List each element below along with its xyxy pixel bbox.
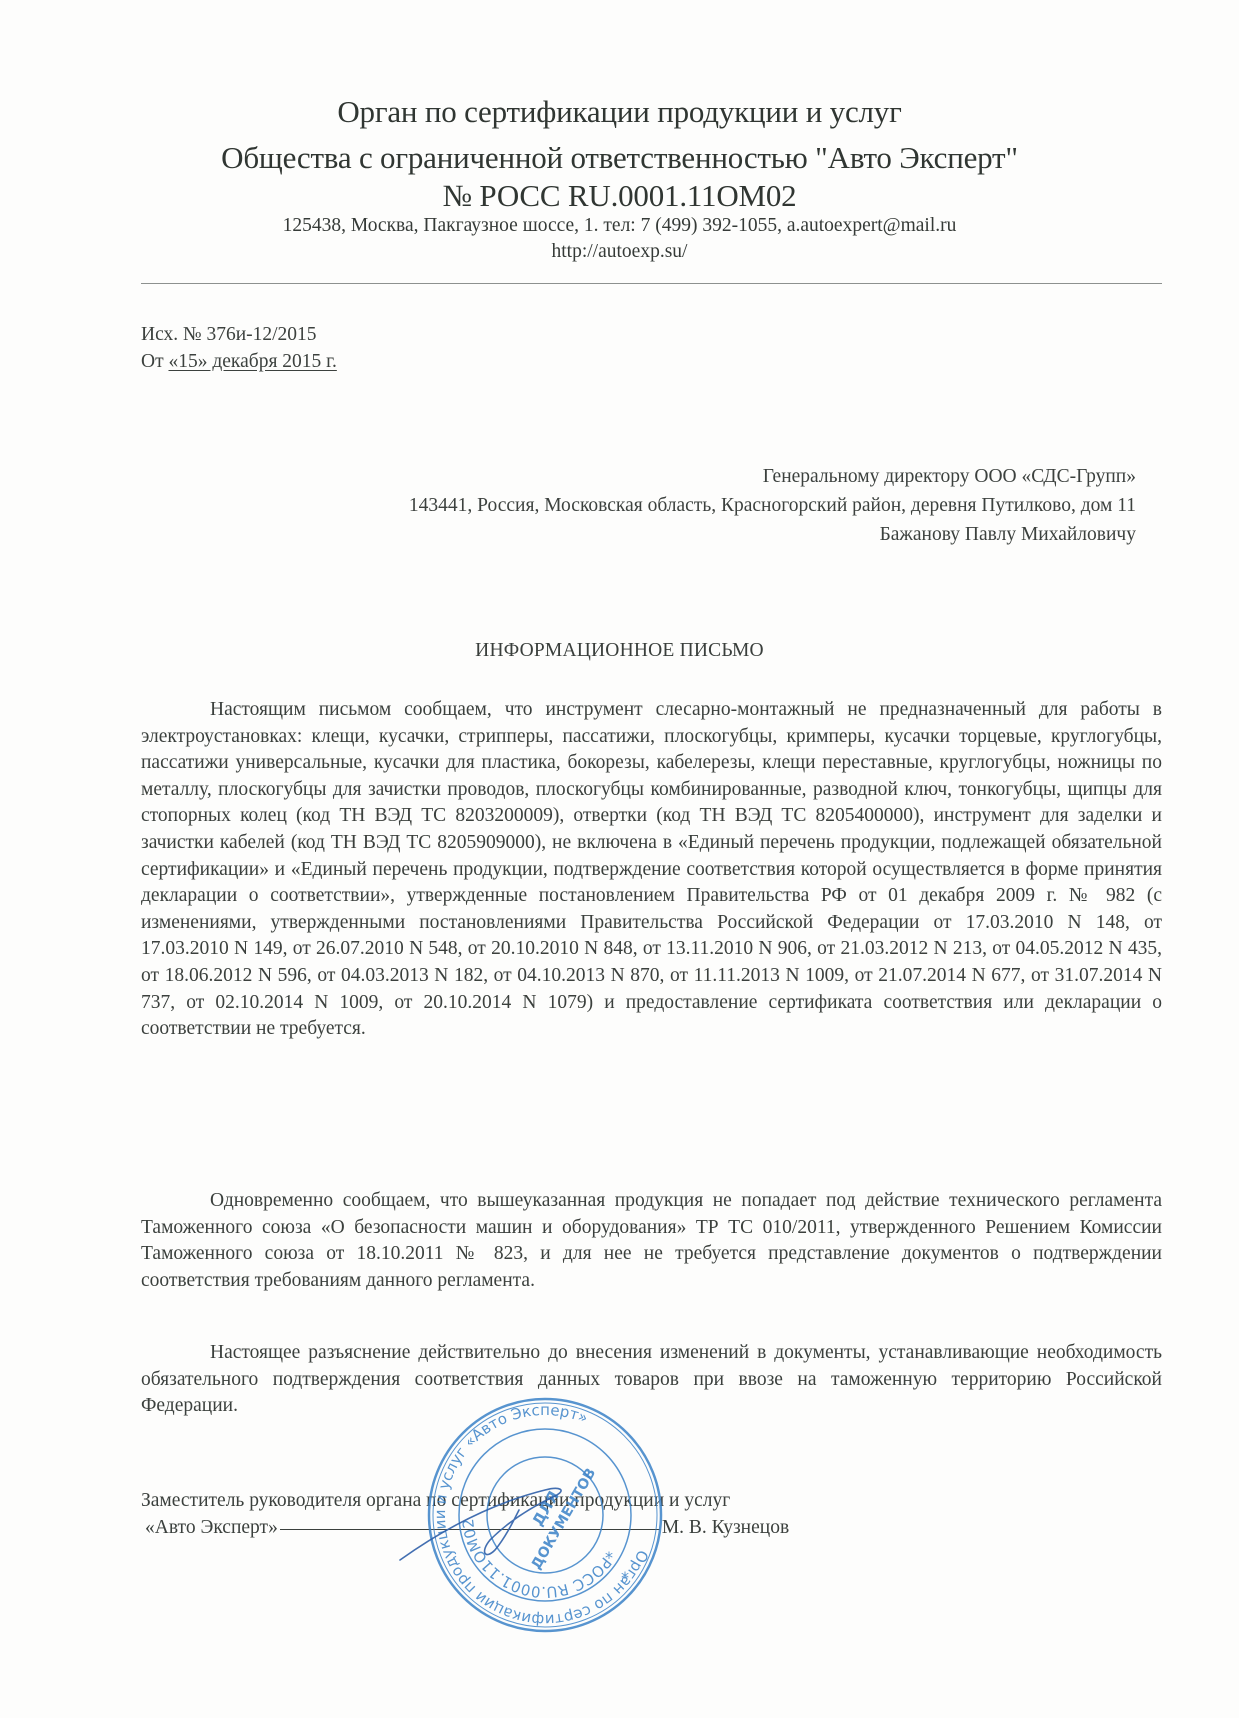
- body-paragraph-1: Настоящим письмом сообщаем, что инструме…: [141, 697, 1162, 1043]
- letterhead-website: http://autoexp.su/: [0, 241, 1239, 263]
- addressee-name: Бажанову Павлу Михайловичу: [880, 524, 1136, 546]
- svg-text:*: *: [605, 1548, 613, 1567]
- letterhead-divider: [141, 283, 1162, 284]
- letter-date: От «15» декабря 2015 г.: [141, 351, 337, 373]
- outgoing-number: Исх. № 376и-12/2015: [141, 324, 317, 346]
- svg-text:*: *: [621, 1568, 629, 1587]
- letterhead-org-line1: Орган по сертификации продукции и услуг: [0, 94, 1239, 130]
- date-prefix: От: [141, 351, 168, 372]
- letter-page: Орган по сертификации продукции и услуг …: [0, 0, 1239, 1718]
- body-paragraph-2: Одновременно сообщаем, что вышеуказанная…: [141, 1188, 1162, 1294]
- organization-name: «Авто Эксперт»: [145, 1517, 278, 1538]
- letterhead-org-line2: Общества с ограниченной ответственностью…: [0, 140, 1239, 176]
- date-value: «15» декабря 2015 г.: [168, 351, 336, 372]
- paragraph-text: Одновременно сообщаем, что вышеуказанная…: [141, 1188, 1162, 1294]
- letterhead-contacts: 125438, Москва, Пакгаузное шоссе, 1. тел…: [0, 215, 1239, 237]
- document-title: ИНФОРМАЦИОННОЕ ПИСЬМО: [0, 640, 1239, 662]
- paragraph-text: Настоящим письмом сообщаем, что инструме…: [141, 697, 1162, 1043]
- signatory-name: М. В. Кузнецов: [662, 1517, 789, 1538]
- letterhead-accreditation: № РОСС RU.0001.11ОМ02: [0, 178, 1239, 214]
- addressee-title: Генеральному директору ООО «СДС-Групп»: [763, 466, 1136, 488]
- addressee-address: 143441, Россия, Московская область, Крас…: [409, 495, 1136, 517]
- handwritten-signature-icon: [395, 1480, 595, 1570]
